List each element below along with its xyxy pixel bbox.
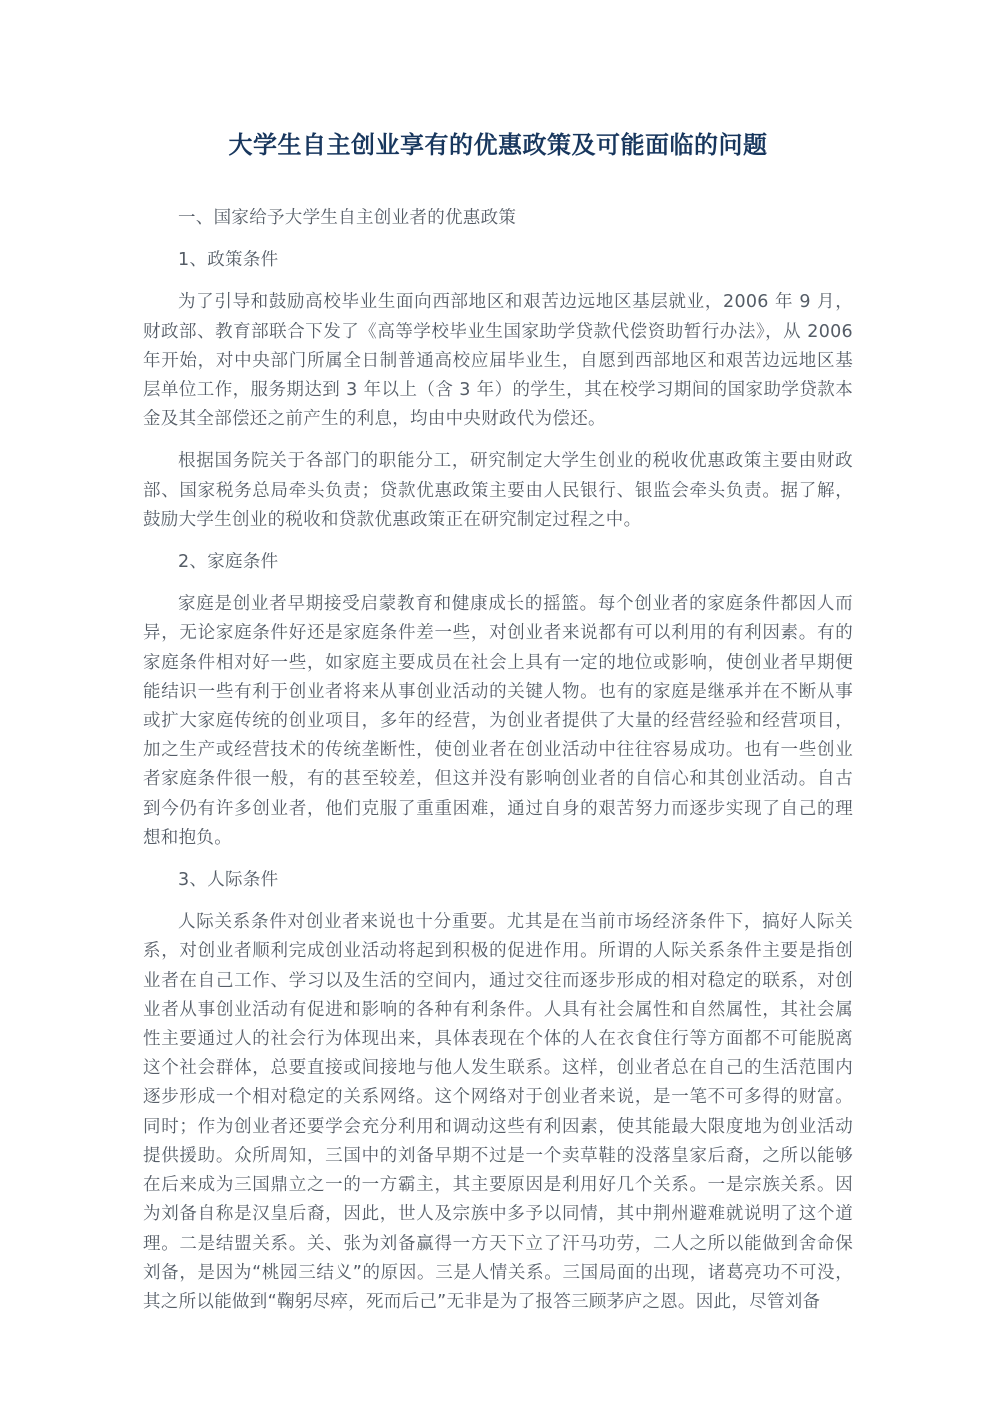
subsection-heading-interpersonal-conditions: 3、人际条件 xyxy=(143,866,853,895)
paragraph-tax-loan-policy: 根据国务院关于各部门的职能分工，研究制定大学生创业的税收优惠政策主要由财政部、国… xyxy=(143,447,853,535)
paragraph-interpersonal-conditions: 人际关系条件对创业者来说也十分重要。尤其是在当前市场经济条件下，搞好人际关系，对… xyxy=(143,908,853,1317)
subsection-heading-policy-conditions: 1、政策条件 xyxy=(143,246,853,275)
paragraph-family-conditions: 家庭是创业者早期接受启蒙教育和健康成长的摇篮。每个创业者的家庭条件都因人而异，无… xyxy=(143,590,853,853)
paragraph-loan-repayment-policy: 为了引导和鼓励高校毕业生面向西部地区和艰苦边远地区基层就业，2006 年 9 月… xyxy=(143,288,853,434)
subsection-heading-family-conditions: 2、家庭条件 xyxy=(143,548,853,577)
document-title: 大学生自主创业享有的优惠政策及可能面临的问题 xyxy=(143,128,853,162)
document-page: 大学生自主创业享有的优惠政策及可能面临的问题 一、国家给予大学生自主创业者的优惠… xyxy=(0,0,993,1404)
section-heading-policies: 一、国家给予大学生自主创业者的优惠政策 xyxy=(143,204,853,233)
